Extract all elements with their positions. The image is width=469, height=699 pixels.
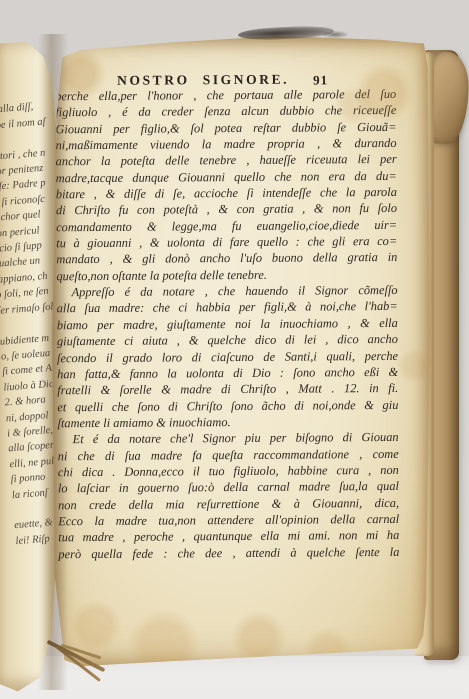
text-line: però quella fede : che dee , attendi à q… <box>58 544 399 563</box>
text-line: Et é da notare che'l Signor piu per biſo… <box>58 429 399 448</box>
text-line: et quelli che ſono di Chriſto ſono ãcho … <box>57 396 398 415</box>
book-page: NOSTRO SIGNORE. 91 perche ella,per l'hon… <box>50 36 430 670</box>
binding-threads <box>30 640 130 699</box>
text-line: anchor la poteſta delle tenebre , haueſſ… <box>56 151 397 170</box>
photo-of-open-book: Lni dalla diſſ,, cioe il nom aſ ccatori … <box>0 0 469 699</box>
page-content: NOSTRO SIGNORE. 91 perche ella,per l'hon… <box>48 35 432 672</box>
text-line: fratelli & ſorelle & madre di Chriſto , … <box>57 380 398 399</box>
body-text: perche ella,per l'honor , che portaua al… <box>55 86 399 562</box>
text-line: mandato , & gli donò ancho l'uſo buono d… <box>56 249 397 268</box>
text-line: giuſtamente ci aiuta , & quelche dico di… <box>57 331 398 350</box>
ink-smudge-top-edge <box>322 31 348 38</box>
text-line: di Chriſto fu con poteſtà , & con gratia… <box>56 200 397 219</box>
text-line: figliuolo , é da creder ſenza alcun dubb… <box>55 102 396 121</box>
gutter-shadow <box>38 34 68 690</box>
text-line: tua madre , peroche , quantunque ella mi… <box>58 527 399 546</box>
text-line: lo laſciar in gouerno ſuo:ò della carnal… <box>58 478 399 497</box>
